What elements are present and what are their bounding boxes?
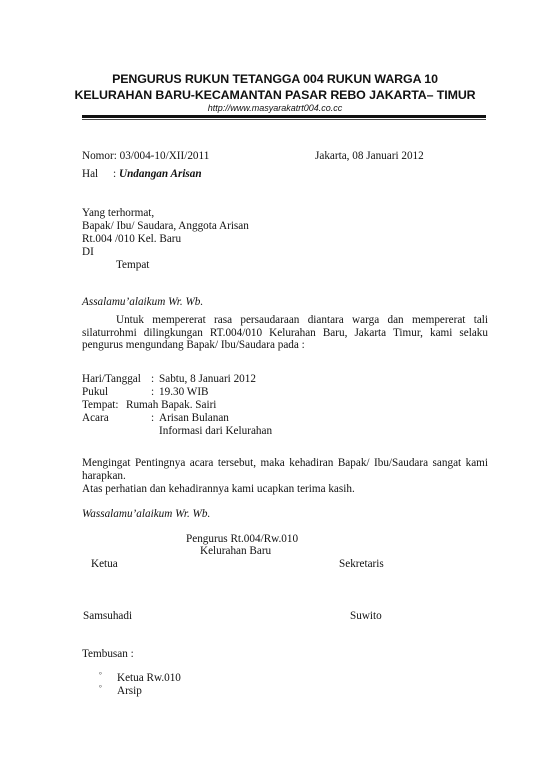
letterhead-divider-thin: [82, 119, 486, 120]
subject-label: Hal: [82, 168, 98, 181]
signature-org-line-1: Pengurus Rt.004/Rw.010: [186, 533, 298, 546]
intro-line: Untuk mempererat rasa persaudaraan diant…: [82, 314, 488, 327]
cc-label: Tembusan :: [82, 648, 134, 661]
cc-item: Arsip: [117, 685, 142, 698]
letterhead-divider-thick: [82, 115, 486, 118]
event-separator: :: [151, 412, 154, 425]
letter-number: Nomor: 03/004-10/XII/2011: [82, 150, 209, 163]
event-label: Tempat:: [82, 399, 119, 412]
letterhead-title: PENGURUS RUKUN TETANGGA 004 RUKUN WARGA …: [0, 72, 550, 86]
subject-value: Undangan Arisan: [119, 168, 202, 181]
closing-line: harapkan.: [82, 470, 488, 483]
event-separator: :: [151, 373, 154, 386]
recipient-line-3: DI: [82, 246, 94, 259]
closing-line: Mengingat Pentingnya acara tersebut, mak…: [82, 457, 488, 470]
signature-right-title: Sekretaris: [339, 558, 384, 571]
intro-line: pengurus mengundang Bapak/ Ibu/Saudara p…: [82, 339, 488, 352]
thanks-line: Atas perhatian dan kehadirannya kami uca…: [82, 483, 355, 496]
closing-paragraph: Mengingat Pentingnya acara tersebut, mak…: [82, 457, 488, 482]
letter-date: Jakarta, 08 Januari 2012: [315, 150, 424, 163]
subject-separator: :: [113, 168, 116, 181]
event-value: Rumah Bapak. Sairi: [126, 399, 216, 412]
letterhead-subtitle: KELURAHAN BARU-KECAMANTAN PASAR REBO JAK…: [0, 88, 550, 102]
signature-right-name: Suwito: [350, 610, 382, 623]
intro-paragraph: Untuk mempererat rasa persaudaraan diant…: [82, 314, 488, 352]
event-value: 19.30 WIB: [159, 386, 209, 399]
event-label: Hari/Tanggal: [82, 373, 141, 386]
recipient-line-4: Tempat: [116, 259, 149, 272]
bullet-icon: °: [99, 684, 102, 692]
letterhead-url: http://www.masyarakatrt004.co.cc: [0, 103, 550, 113]
event-value: Arisan Bulanan: [159, 412, 229, 425]
event-label: Pukul: [82, 386, 108, 399]
recipient-line-1: Bapak/ Ibu/ Saudara, Anggota Arisan: [82, 220, 249, 233]
bullet-icon: °: [99, 671, 102, 679]
signature-org-line-2: Kelurahan Baru: [200, 545, 271, 558]
recipient-line-2: Rt.004 /010 Kel. Baru: [82, 233, 181, 246]
event-separator: :: [151, 386, 154, 399]
signature-left-name: Samsuhadi: [83, 610, 132, 623]
salutation-open: Assalamu’alaikum Wr. Wb.: [82, 296, 203, 309]
intro-line: silaturrohmi dilingkungan RT.004/010 Kel…: [82, 327, 488, 340]
event-value: Informasi dari Kelurahan: [159, 425, 272, 438]
signature-left-title: Ketua: [91, 558, 118, 571]
cc-item: Ketua Rw.010: [117, 672, 181, 685]
salutation-close: Wassalamu’alaikum Wr. Wb.: [82, 508, 210, 521]
recipient-greeting: Yang terhormat,: [82, 207, 154, 220]
event-label: Acara: [82, 412, 109, 425]
event-value: Sabtu, 8 Januari 2012: [159, 373, 256, 386]
